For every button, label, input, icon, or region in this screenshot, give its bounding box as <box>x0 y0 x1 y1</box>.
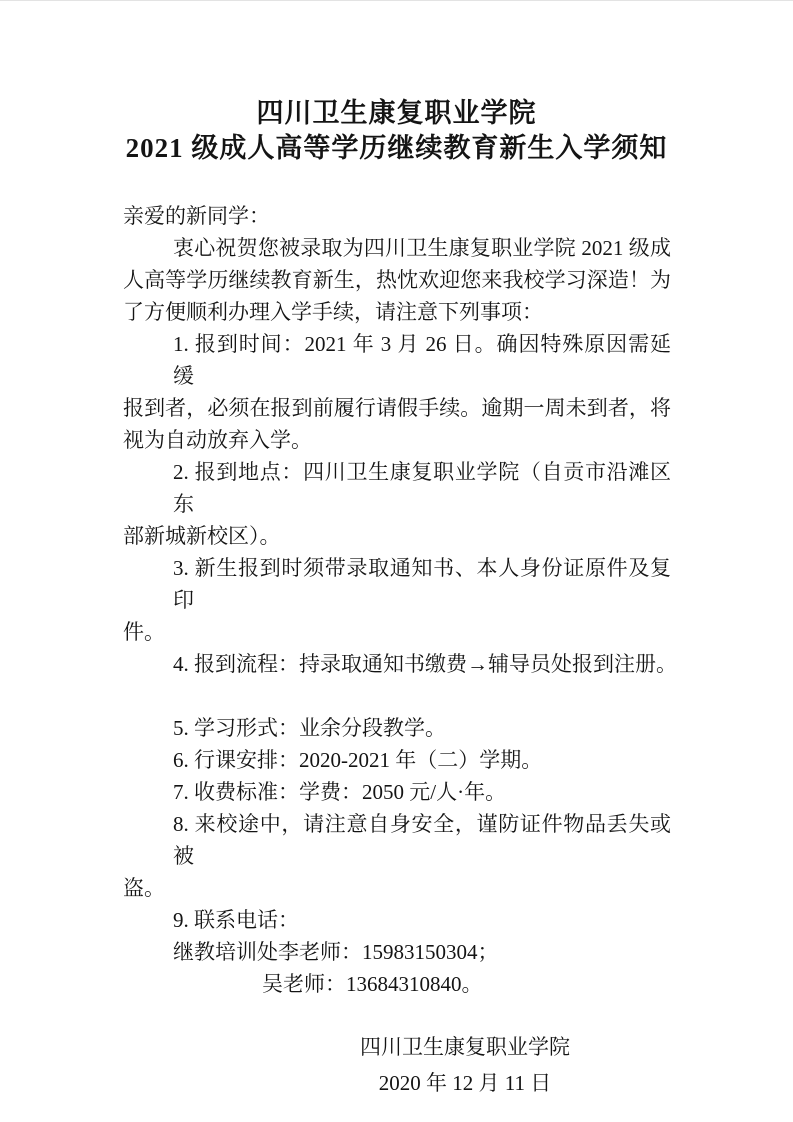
signature-block: 四川卫生康复职业学院 2020 年 12 月 11 日 <box>137 1029 793 1101</box>
blank-line <box>123 680 671 712</box>
body-line: 报到者，必须在报到前履行请假手续。逾期一周未到者，将 <box>123 392 671 424</box>
body-line-item-8: 8. 来校途中，请注意自身安全，谨防证件物品丢失或被 <box>123 808 671 872</box>
title-block: 四川卫生康复职业学院 2021 级成人高等学历继续教育新生入学须知 <box>0 96 793 166</box>
body-line: 视为自动放弃入学。 <box>123 424 671 456</box>
document-body: 亲爱的新同学： 衷心祝贺您被录取为四川卫生康复职业学院 2021 级成 人高等学… <box>123 200 671 1000</box>
body-line-item-3: 3. 新生报到时须带录取通知书、本人身份证原件及复印 <box>123 552 671 616</box>
body-line-item-2: 2. 报到地点：四川卫生康复职业学院（自贡市沿滩区东 <box>123 456 671 520</box>
document-page: 四川卫生康复职业学院 2021 级成人高等学历继续教育新生入学须知 亲爱的新同学… <box>0 0 793 1122</box>
signature-date: 2020 年 12 月 11 日 <box>137 1065 793 1101</box>
document-subtitle: 2021 级成人高等学历继续教育新生入学须知 <box>0 131 793 166</box>
body-line-item-9: 9. 联系电话： <box>123 904 671 936</box>
body-line: 件。 <box>123 616 671 648</box>
body-line-item-7: 7. 收费标准：学费：2050 元/人·年。 <box>123 776 671 808</box>
body-line: 人高等学历继续教育新生，热忱欢迎您来我校学习深造！为 <box>123 264 671 296</box>
body-line: 部新城新校区）。 <box>123 520 671 552</box>
body-line-item-4: 4. 报到流程：持录取通知书缴费→辅导员处报到注册。 <box>123 648 671 680</box>
contact-line-li: 继教培训处李老师：15983150304； <box>123 936 671 968</box>
body-line: 了方便顺利办理入学手续，请注意下列事项： <box>123 296 671 328</box>
signature-org: 四川卫生康复职业学院 <box>137 1029 793 1065</box>
body-line: 衷心祝贺您被录取为四川卫生康复职业学院 2021 级成 <box>123 232 671 264</box>
document-title: 四川卫生康复职业学院 <box>0 96 793 131</box>
contact-line-wu: 吴老师：13684310840。 <box>123 968 671 1000</box>
body-line-item-1: 1. 报到时间：2021 年 3 月 26 日。确因特殊原因需延缓 <box>123 328 671 392</box>
salutation-line: 亲爱的新同学： <box>123 200 671 232</box>
body-line: 盗。 <box>123 872 671 904</box>
body-line-item-6: 6. 行课安排：2020-2021 年（二）学期。 <box>123 744 671 776</box>
body-line-item-5: 5. 学习形式：业余分段教学。 <box>123 712 671 744</box>
